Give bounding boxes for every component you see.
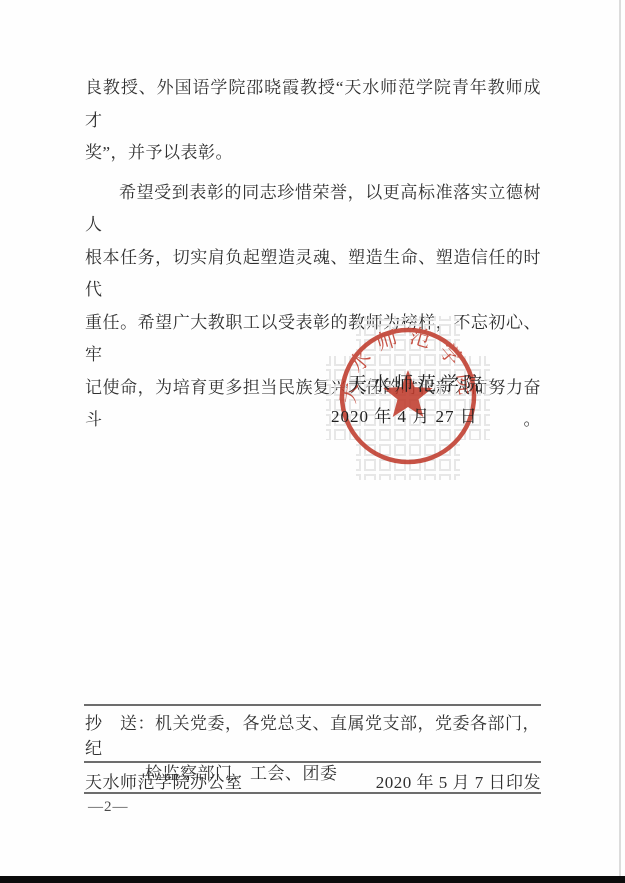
scan-edge-band bbox=[0, 876, 625, 883]
body-line: 希望受到表彰的同志珍惜荣誉，以更高标准落实立德树人 bbox=[85, 177, 541, 242]
seal-graphic: 天水师范学院 bbox=[318, 308, 498, 488]
body-line: 良教授、外国语学院邵晓霞教授“天水师范学院青年教师成才 bbox=[85, 72, 541, 137]
page-number: —2— bbox=[88, 799, 129, 816]
body-line: 奖”，并予以表彰。 bbox=[85, 137, 541, 170]
document-page: 良教授、外国语学院邵晓霞教授“天水师范学院青年教师成才 奖”，并予以表彰。 希望… bbox=[0, 0, 625, 883]
signature-date: 2020 年 4 月 27 日 bbox=[331, 402, 501, 427]
divider-line bbox=[84, 704, 541, 706]
issuer-office: 天水师范学院办公室 bbox=[85, 768, 243, 793]
scan-edge-line bbox=[619, 0, 621, 876]
body-line: 根本任务，切实肩负起塑造灵魂、塑造生命、塑造信任的时代 bbox=[85, 242, 541, 307]
copy-to-line: 抄 送：机关党委，各党总支、直属党支部，党委各部门，纪 bbox=[85, 711, 542, 761]
issuing-authority-name: 天水师范学院 bbox=[348, 369, 498, 396]
issuer-row: 天水师范学院办公室 2020 年 5 月 7 日印发 bbox=[85, 768, 541, 793]
official-seal: 天水师范学院 bbox=[318, 308, 498, 488]
paragraph-1: 良教授、外国语学院邵晓霞教授“天水师范学院青年教师成才 奖”，并予以表彰。 bbox=[85, 72, 541, 170]
print-date: 2020 年 5 月 7 日印发 bbox=[376, 768, 541, 793]
